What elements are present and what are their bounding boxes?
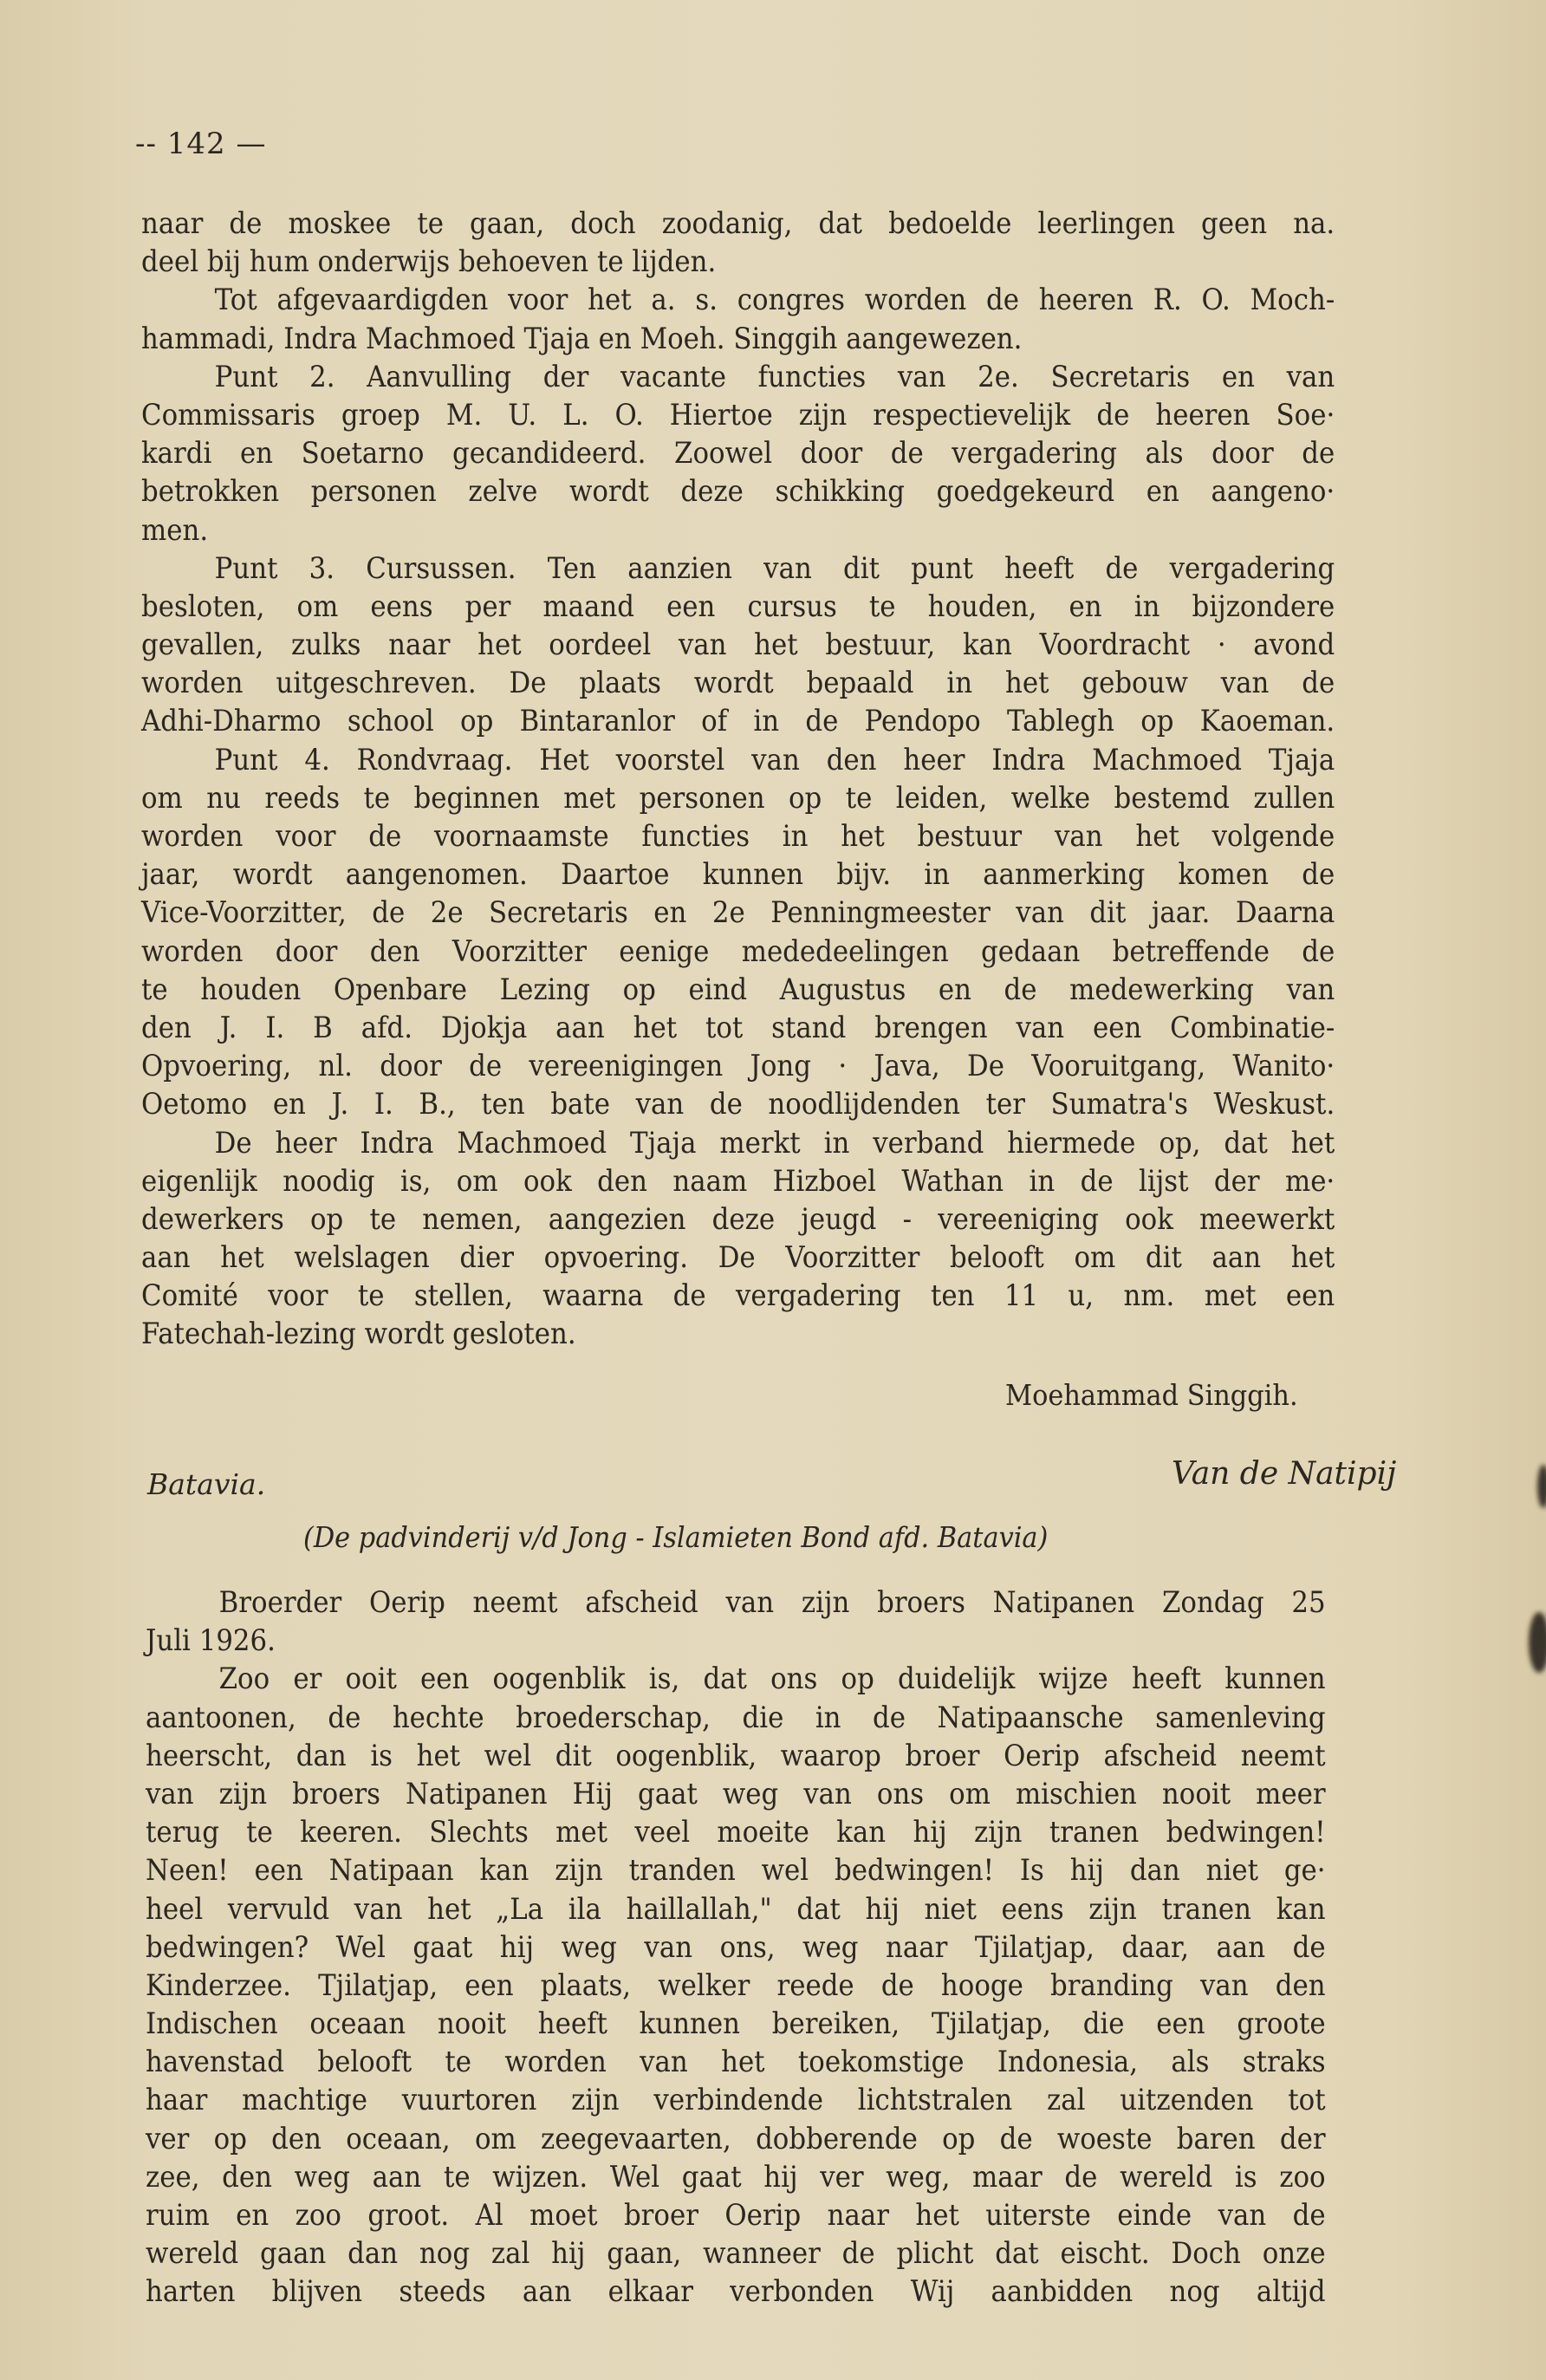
text-line: zee, den weg aan te wijzen. Wel gaat hij… — [146, 2158, 1326, 2196]
text-line: den J. I. B afd. Djokja aan het tot stan… — [141, 1009, 1335, 1047]
meeting-report-text: naar de moskee te gaan, doch zoodanig, d… — [141, 205, 1335, 1354]
text-line: havenstad belooft te worden van het toek… — [146, 2043, 1326, 2081]
text-line: besloten, om eens per maand een cursus t… — [141, 588, 1335, 626]
text-line: Commissaris groep M. U. L. O. Hiertoe zi… — [141, 396, 1335, 434]
text-line: wereld gaan dan nog zal hij gaan, wannee… — [146, 2234, 1326, 2273]
text-line: ver op den oceaan, om zeegevaarten, dobb… — [146, 2120, 1326, 2158]
text-line: om nu reeds te beginnen met personen op … — [141, 779, 1335, 817]
binding-hole-mark — [1537, 1465, 1546, 1508]
text-line: Broerder Oerip neemt afscheid van zijn b… — [146, 1583, 1326, 1622]
text-line: haar machtige vuurtoren zijn verbindende… — [146, 2081, 1326, 2119]
text-line: hammadi, Indra Machmoed Tjaja en Moeh. S… — [141, 320, 1335, 358]
text-line: worden voor de voornaamste functies in h… — [141, 817, 1335, 855]
document-page: -- 142 — naar de moskee te gaan, doch zo… — [0, 0, 1546, 2380]
text-line: dewerkers op te nemen, aangezien deze je… — [141, 1200, 1335, 1239]
text-line: naar de moskee te gaan, doch zoodanig, d… — [141, 205, 1335, 243]
text-line: Kinderzee. Tjilatjap, een plaats, welker… — [146, 1967, 1326, 2005]
text-line: aantoonen, de hechte broederschap, die i… — [146, 1699, 1326, 1737]
text-line: betrokken personen zelve wordt deze schi… — [141, 472, 1335, 510]
text-line: Indischen oceaan nooit heeft kunnen bere… — [146, 2005, 1326, 2043]
binding-hole-mark — [1529, 1612, 1546, 1673]
text-line: te houden Openbare Lezing op eind August… — [141, 971, 1335, 1009]
text-line: jaar, wordt aangenomen. Daartoe kunnen b… — [141, 855, 1335, 894]
text-line: eigenlijk noodig is, om ook den naam Hiz… — [141, 1162, 1335, 1200]
text-line: heerscht, dan is het wel dit oogenblik, … — [146, 1737, 1326, 1775]
text-line: Punt 3. Cursussen. Ten aanzien van dit p… — [141, 549, 1335, 588]
text-line: aan het welslagen dier opvoering. De Voo… — [141, 1239, 1335, 1277]
text-line: worden door den Voorzitter eenige medede… — [141, 933, 1335, 971]
text-line: harten blijven steeds aan elkaar verbond… — [146, 2273, 1326, 2311]
text-line: gevallen, zulks naar het oordeel van het… — [141, 626, 1335, 664]
text-line: bedwingen? Wel gaat hij weg van ons, weg… — [146, 1928, 1326, 1967]
text-line: Zoo er ooit een oogenblik is, dat ons op… — [146, 1660, 1326, 1698]
text-line: Vice-Voorzitter, de 2e Secretaris en 2e … — [141, 894, 1335, 932]
text-line: Comité voor te stellen, waarna de vergad… — [141, 1277, 1335, 1315]
section-subtitle: (De padvinderij v/d Jong - Islamieten Bo… — [303, 1520, 1048, 1554]
text-line: men. — [141, 511, 1335, 549]
text-line: terug te keeren. Slechts met veel moeite… — [146, 1813, 1326, 1851]
place-heading: Batavia. — [147, 1467, 265, 1501]
text-line: Neen! een Natipaan kan zijn tranden wel … — [146, 1851, 1326, 1889]
text-line: Tot afgevaardigden voor het a. s. congre… — [141, 281, 1335, 319]
text-line: Juli 1926. — [146, 1622, 1326, 1660]
text-line: kardi en Soetarno gecandideerd. Zoowel d… — [141, 434, 1335, 472]
signature: Moehammad Singgih. — [1005, 1378, 1298, 1412]
text-line: De heer Indra Machmoed Tjaja merkt in ve… — [141, 1124, 1335, 1162]
text-line: heel vervuld van het „La ila haillallah,… — [146, 1890, 1326, 1928]
text-line: Opvoering, nl. door de vereenigingen Jon… — [141, 1047, 1335, 1085]
text-line: Oetomo en J. I. B., ten bate van de nood… — [141, 1085, 1335, 1123]
text-line: Punt 4. Rondvraag. Het voorstel van den … — [141, 741, 1335, 779]
farewell-article-text: Broerder Oerip neemt afscheid van zijn b… — [146, 1583, 1326, 2312]
text-line: Adhi-Dharmo school op Bintaranlor of in … — [141, 702, 1335, 740]
text-line: ruim en zoo groot. Al moet broer Oerip n… — [146, 2196, 1326, 2234]
text-line: deel bij hum onderwijs behoeven te lijde… — [141, 243, 1335, 281]
text-line: van zijn broers Natipanen Hij gaat weg v… — [146, 1775, 1326, 1813]
text-line: Fatechah-lezing wordt gesloten. — [141, 1315, 1335, 1353]
section-title: Van de Natipij — [1172, 1456, 1396, 1492]
text-line: worden uitgeschreven. De plaats wordt be… — [141, 664, 1335, 702]
page-number: -- 142 — — [135, 127, 267, 161]
text-line: Punt 2. Aanvulling der vacante functies … — [141, 358, 1335, 396]
